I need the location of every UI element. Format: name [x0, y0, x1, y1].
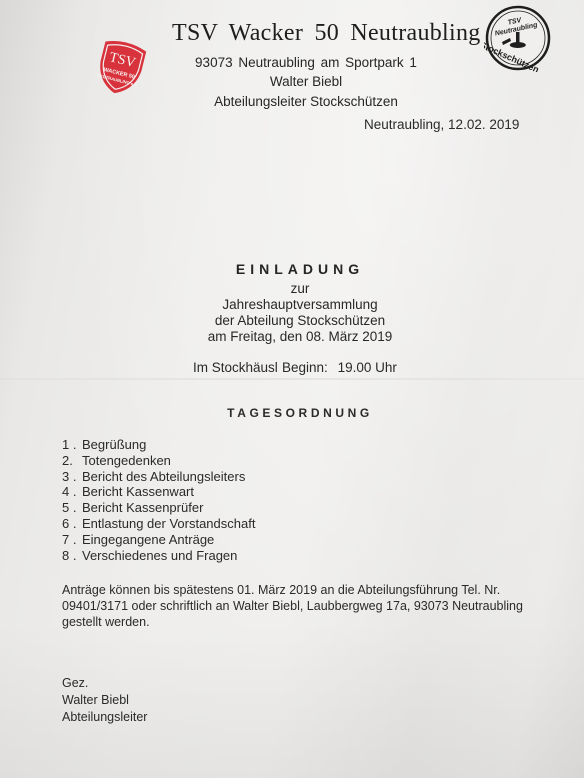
agenda-item: 7 .Eingegangene Anträge [62, 532, 255, 548]
agenda-item-text: Eingegangene Anträge [82, 532, 214, 548]
department-leader-name: Walter Biebl [156, 74, 456, 89]
agenda-item-text: Verschiedenes und Fragen [82, 548, 237, 564]
agenda-item: 8 .Verschiedenes und Fragen [62, 548, 255, 564]
agenda-item-text: Bericht Kassenwart [82, 484, 194, 500]
agenda-item-number: 5 . [62, 500, 82, 516]
agenda-item-number: 4 . [62, 484, 82, 500]
start-time-label: Beginn: [282, 360, 328, 375]
signature-title: Abteilungsleiter [62, 709, 147, 726]
agenda-item-text: Bericht des Abteilungsleiters [82, 469, 245, 485]
agenda-item-text: Totengedenken [82, 453, 171, 469]
agenda-item-number: 7 . [62, 532, 82, 548]
signature-prefix: Gez. [62, 675, 147, 692]
start-time: Beginn: 19.00 Uhr [282, 360, 397, 375]
notice-line: 09401/3171 oder schriftlich an Walter Bi… [62, 598, 522, 614]
agenda-list: 1 .Begrüßung 2.Totengedenken 3 .Bericht … [62, 437, 255, 563]
agenda-item-number: 2. [62, 453, 82, 469]
motions-notice: Anträge können bis spätestens 01. März 2… [62, 582, 522, 630]
signature-name: Walter Biebl [62, 692, 147, 709]
agenda-heading: TAGESORDNUNG [150, 406, 450, 420]
notice-line: Anträge können bis spätestens 01. März 2… [62, 582, 522, 598]
agenda-item: 3 .Bericht des Abteilungsleiters [62, 469, 255, 485]
paper-fold [0, 378, 584, 380]
agenda-item-number: 6 . [62, 516, 82, 532]
stockschuetzen-stamp-icon: TSV Neutraubling Stockschützen [484, 4, 552, 72]
agenda-item-number: 8 . [62, 548, 82, 564]
invitation-line-zur: zur [150, 281, 450, 296]
agenda-item-text: Begrüßung [82, 437, 146, 453]
venue: Im Stockhäusl [193, 360, 278, 375]
invitation-event: Jahreshauptversammlung [150, 297, 450, 312]
department-leader-title: Abteilungsleiter Stockschützen [156, 94, 456, 109]
agenda-item: 6 .Entlastung der Vorstandschaft [62, 516, 255, 532]
agenda-item-text: Bericht Kassenprüfer [82, 500, 203, 516]
invitation-department: der Abteilung Stockschützen [150, 313, 450, 328]
letter-date: Neutraubling, 12.02. 2019 [364, 117, 519, 132]
agenda-item: 5 .Bericht Kassenprüfer [62, 500, 255, 516]
agenda-item: 4 .Bericht Kassenwart [62, 484, 255, 500]
signature-block: Gez. Walter Biebl Abteilungsleiter [62, 675, 147, 726]
club-address: 93073 Neutraubling am Sportpark 1 [156, 55, 456, 70]
tsv-wacker-shield-icon: TSV WACKER 50 NEUTRAUBLING e.V. [92, 36, 150, 96]
agenda-item-number: 3 . [62, 469, 82, 485]
agenda-item-text: Entlastung der Vorstandschaft [82, 516, 255, 532]
club-name: TSV Wacker 50 Neutraubling [172, 20, 481, 47]
invitation-heading: EINLADUNG [150, 261, 450, 277]
agenda-item: 1 .Begrüßung [62, 437, 255, 453]
start-time-value: 19.00 Uhr [338, 360, 397, 375]
agenda-item: 2.Totengedenken [62, 453, 255, 469]
agenda-item-number: 1 . [62, 437, 82, 453]
invitation-date: am Freitag, den 08. März 2019 [150, 329, 450, 344]
notice-line: gestellt werden. [62, 614, 522, 630]
